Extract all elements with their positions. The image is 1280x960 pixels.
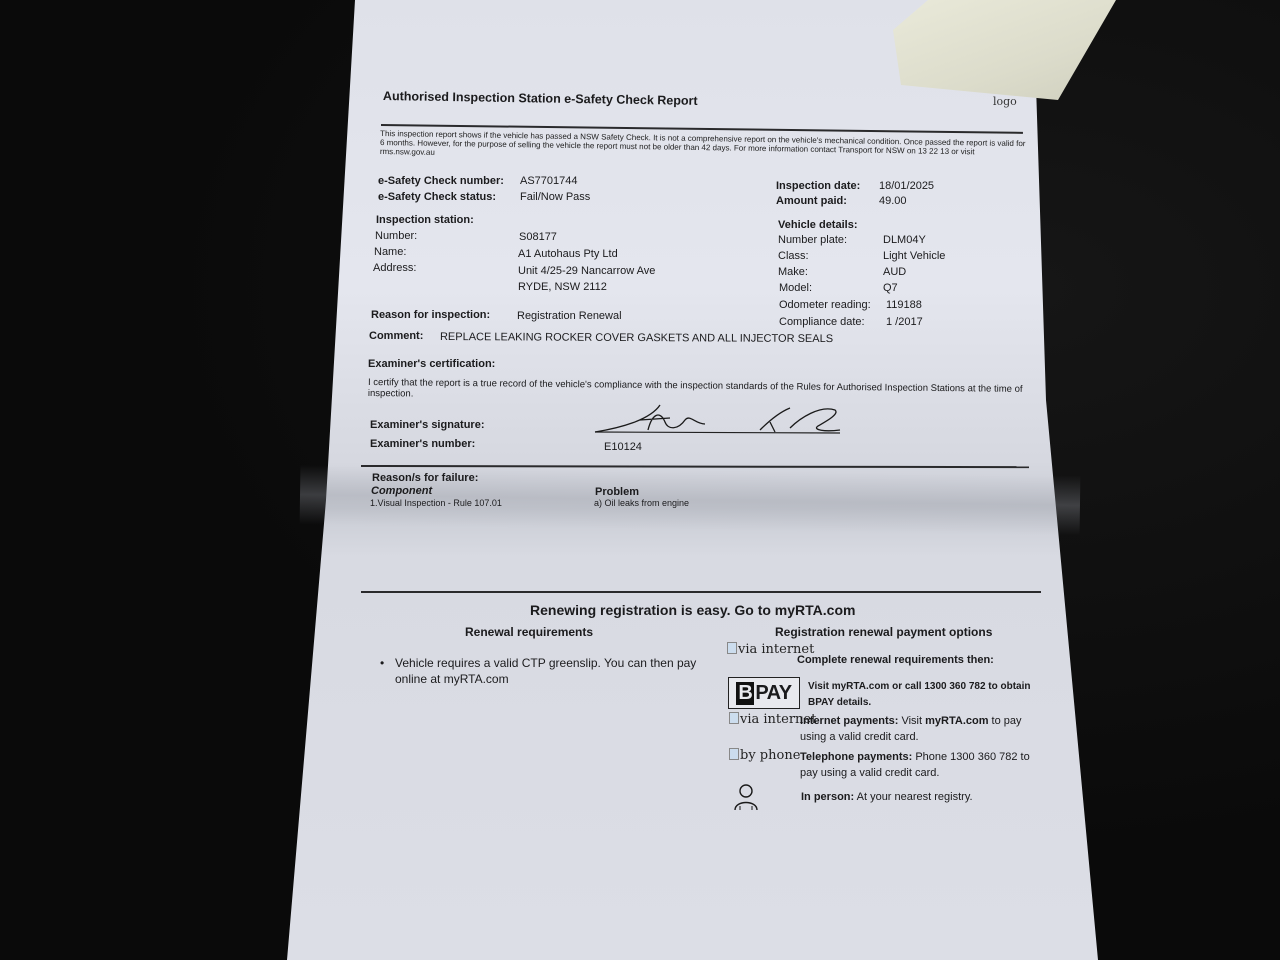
failure-component: 1.Visual Inspection - Rule 107.01: [370, 498, 502, 508]
in-person-text: In person: At your nearest registry.: [801, 789, 973, 805]
examiner-number-value: E10124: [604, 441, 642, 453]
class-value: Light Vehicle: [883, 250, 945, 262]
station-address-line1: Unit 4/25-29 Nancarrow Ave: [518, 265, 655, 277]
station-name-label: Name:: [374, 246, 406, 258]
amount-paid-value: 49.00: [879, 195, 907, 207]
plate-value: DLM04Y: [883, 234, 926, 246]
report-title: Authorised Inspection Station e-Safety C…: [383, 89, 698, 108]
reason-label: Reason for inspection:: [371, 309, 490, 321]
compliance-label: Compliance date:: [779, 316, 865, 328]
make-label: Make:: [778, 266, 808, 278]
person-icon: [731, 782, 761, 812]
station-name-value: A1 Autohaus Pty Ltd: [518, 248, 618, 260]
comment-label: Comment:: [369, 330, 423, 342]
check-status-label: e-Safety Check status:: [378, 191, 496, 203]
inspection-date-label: Inspection date:: [776, 180, 860, 192]
requirements-heading: Renewal requirements: [465, 625, 593, 639]
model-label: Model:: [779, 282, 812, 294]
station-number-label: Number:: [375, 230, 417, 242]
failure-heading: Reason/s for failure:: [372, 472, 478, 484]
odometer-value: 119188: [886, 299, 922, 311]
compliance-value: 1 /2017: [886, 316, 923, 328]
footer-title: Renewing registration is easy. Go to myR…: [530, 602, 855, 618]
plate-label: Number plate:: [778, 234, 847, 246]
logo-placeholder: logo: [993, 95, 1017, 108]
examiner-signature: [590, 400, 850, 440]
station-address-label: Address:: [373, 262, 416, 274]
check-number-label: e-Safety Check number:: [378, 175, 504, 187]
amount-paid-label: Amount paid:: [776, 195, 847, 207]
telephone-payment-text: Telephone payments: Phone 1300 360 782 t…: [800, 749, 1050, 781]
myrta-link[interactable]: myRTA.com: [925, 715, 988, 727]
bpay-text: Visit myRTA.com or call 1300 360 782 to …: [808, 679, 1048, 711]
failure-problem: a) Oil leaks from engine: [594, 498, 689, 508]
requirement-item: Vehicle requires a valid CTP greenslip. …: [381, 655, 701, 687]
component-header: Component: [371, 485, 432, 497]
make-value: AUD: [883, 266, 906, 278]
bpay-logo: BPAY: [728, 677, 800, 709]
check-number-value: AS7701744: [520, 175, 578, 187]
station-address-line2: RYDE, NSW 2112: [518, 281, 607, 293]
payment-intro: Complete renewal requirements then:: [797, 652, 994, 668]
odometer-label: Odometer reading:: [779, 299, 871, 311]
inspection-date-value: 18/01/2025: [879, 180, 934, 192]
class-label: Class:: [778, 250, 809, 262]
broken-image-icon: by phone: [729, 748, 800, 763]
signature-label: Examiner's signature:: [370, 419, 485, 431]
model-value: Q7: [883, 282, 898, 294]
certification-heading: Examiner's certification:: [368, 358, 495, 370]
failure-divider: [361, 465, 1029, 468]
payment-heading: Registration renewal payment options: [775, 625, 992, 639]
internet-payment-text: Internet payments: Visit myRTA.com to pa…: [800, 713, 1045, 745]
report-document: Authorised Inspection Station e-Safety C…: [0, 0, 1280, 960]
comment-value: REPLACE LEAKING ROCKER COVER GASKETS AND…: [440, 331, 833, 345]
reason-value: Registration Renewal: [517, 310, 622, 322]
problem-header: Problem: [595, 486, 639, 498]
examiner-number-label: Examiner's number:: [370, 438, 475, 450]
footer-divider: [361, 591, 1041, 593]
vehicle-heading: Vehicle details:: [778, 219, 857, 231]
station-number-value: S08177: [519, 231, 557, 243]
station-heading: Inspection station:: [376, 214, 474, 226]
intro-text: This inspection report shows if the vehi…: [380, 129, 1030, 166]
check-status-value: Fail/Now Pass: [520, 191, 590, 203]
